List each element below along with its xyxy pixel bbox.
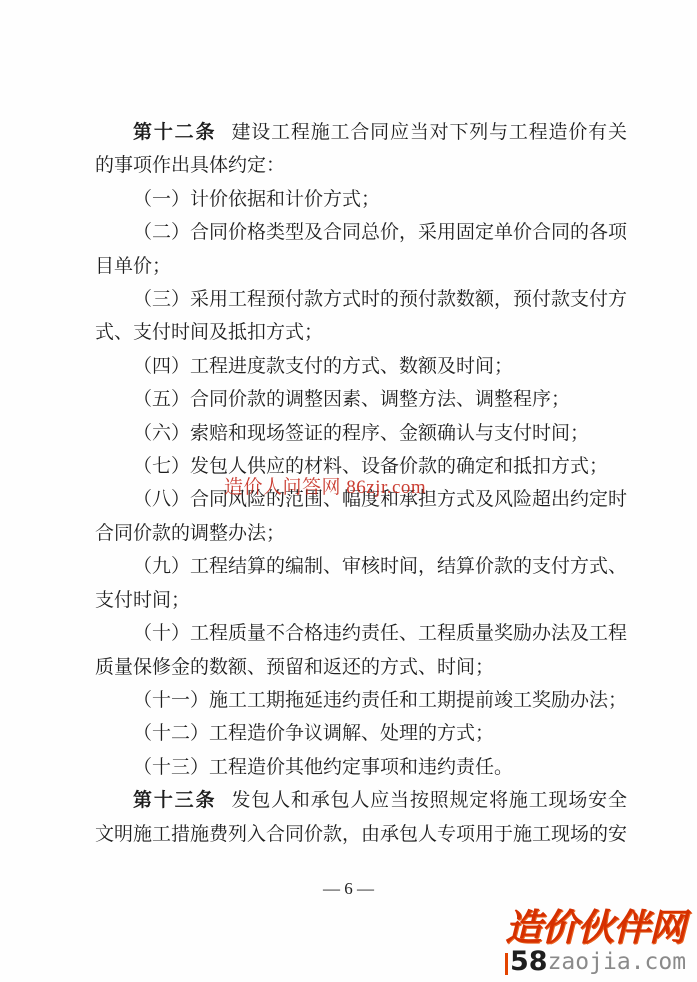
article-paragraph: （十三）工程造价其他约定事项和违约责任。 [95,751,627,784]
paragraph-text: （四）工程进度款支付的方式、数额及时间； [133,356,513,377]
paragraph-text: （五）合同价款的调整因素、调整方法、调整程序； [133,389,570,410]
article-paragraph: （五）合同价款的调整因素、调整方法、调整程序； [95,383,627,416]
footer-logo-accent-bar [505,953,508,975]
article-paragraph: （四）工程进度款支付的方式、数额及时间； [95,350,627,383]
footer-logo-brand: 造价伙伴网 [505,906,697,948]
paragraph-text: （七）发包人供应的材料、设备价款的确定和抵扣方式； [133,456,608,477]
article-paragraph: （十二）工程造价争议调解、处理的方式； [95,717,627,750]
article-paragraph: （三）采用工程预付款方式时的预付款数额，预付款支付方式、支付时间及抵扣方式； [95,283,627,350]
footer-watermark-logo: 造价伙伴网 58 zaojia.com [505,906,697,975]
paragraph-text: （十一）施工工期拖延违约责任和工期提前竣工奖励办法； [133,690,627,711]
article-number: 第十三条 [133,790,216,811]
article-paragraph: （十一）施工工期拖延违约责任和工期提前竣工奖励办法； [95,684,627,717]
footer-logo-domain: 58 zaojia.com [505,949,697,975]
article-paragraph: （六）索赔和现场签证的程序、金额确认与支付时间； [95,417,627,450]
paragraph-text: （二）合同价格类型及合同总价，采用固定单价合同的各项目单价； [95,222,627,276]
article-paragraph: 第十三条发包人和承包人应当按照规定将施工现场安全文明施工措施费列入合同价款，由承… [95,784,627,851]
article-paragraph: （九）工程结算的编制、审核时间，结算价款的支付方式、支付时间； [95,550,627,617]
page-number: — 6 — [0,879,697,899]
footer-logo-domain-suffix: zaojia.com [548,950,686,975]
article-number: 第十二条 [133,122,216,143]
center-watermark-text: 造价人问答网 86zjr.com [224,478,426,498]
paragraph-text: （十二）工程造价争议调解、处理的方式； [133,723,494,744]
paragraph-text: （一）计价依据和计价方式； [133,189,380,210]
article-paragraph: （一）计价依据和计价方式； [95,183,627,216]
article-paragraph: （十）工程质量不合格违约责任、工程质量奖励办法及工程质量保修金的数额、预留和返还… [95,617,627,684]
paragraph-text: （十）工程质量不合格违约责任、工程质量奖励办法及工程质量保修金的数额、预留和返还… [95,623,627,677]
footer-logo-domain-prefix: 58 [510,949,548,975]
article-paragraph: 第十二条建设工程施工合同应当对下列与工程造价有关的事项作出具体约定： [95,116,627,183]
paragraph-text: （三）采用工程预付款方式时的预付款数额，预付款支付方式、支付时间及抵扣方式； [95,289,627,343]
paragraph-text: （十三）工程造价其他约定事项和违约责任。 [133,757,513,778]
paragraph-text: （九）工程结算的编制、审核时间，结算价款的支付方式、支付时间； [95,556,627,610]
paragraph-text: （六）索赔和现场签证的程序、金额确认与支付时间； [133,423,589,444]
article-paragraph: （二）合同价格类型及合同总价，采用固定单价合同的各项目单价； [95,216,627,283]
document-page: 第十二条建设工程施工合同应当对下列与工程造价有关的事项作出具体约定： （一）计价… [0,0,697,982]
